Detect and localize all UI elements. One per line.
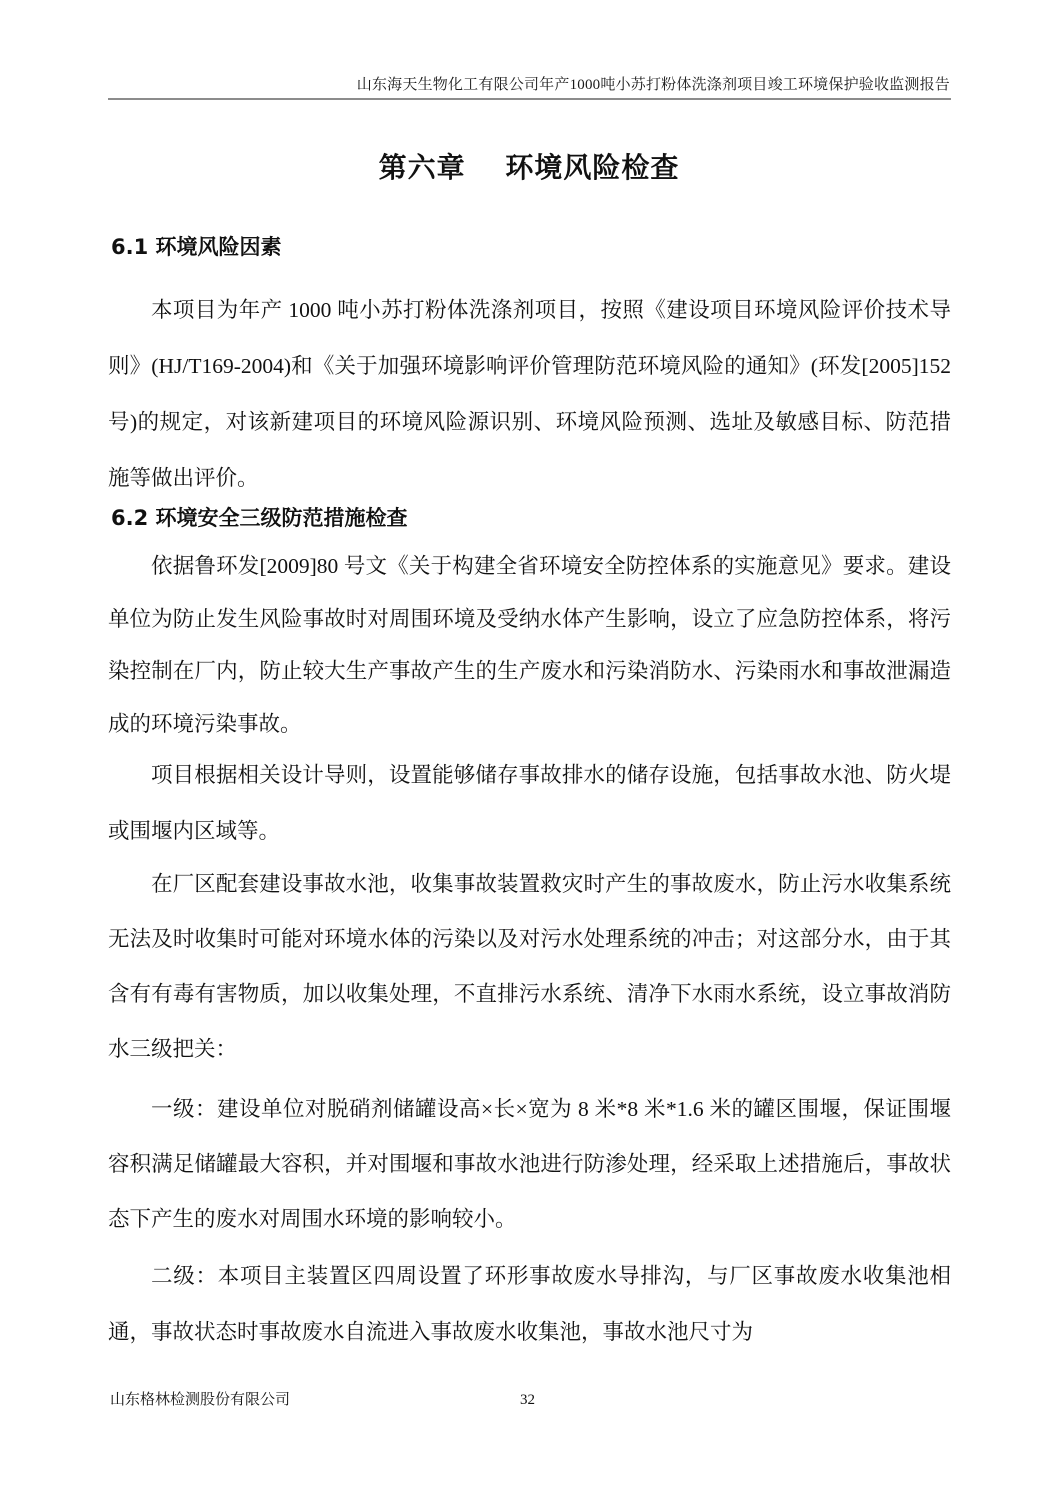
footer-company: 山东格林检测股份有限公司 bbox=[110, 1390, 290, 1410]
chapter-title: 第六章 环境风险检查 bbox=[108, 150, 950, 186]
paragraph-storage-facilities: 项目根据相关设计导则，设置能够储存事故排水的储存设施，包括事故水池、防火堤或围堰… bbox=[108, 747, 951, 859]
section-heading-6-2: 6.2 环境安全三级防范措施检查 bbox=[111, 504, 408, 532]
header-divider bbox=[108, 98, 951, 100]
page-number: 32 bbox=[520, 1390, 535, 1410]
paragraph-6-1-intro: 本项目为年产 1000 吨小苏打粉体洗涤剂项目，按照《建设项目环境风险评价技术导… bbox=[108, 282, 951, 506]
section-heading-6-1: 6.1 环境风险因素 bbox=[111, 233, 282, 261]
paragraph-6-2-basis: 依据鲁环发[2009]80 号文《关于构建全省环境安全防控体系的实施意见》要求。… bbox=[108, 540, 951, 750]
paragraph-level-two: 二级：本项目主装置区四周设置了环形事故废水导排沟，与厂区事故废水收集池相通，事故… bbox=[108, 1248, 951, 1360]
paragraph-level-one: 一级：建设单位对脱硝剂储罐设高×长×宽为 8 米*8 米*1.6 米的罐区围堰，… bbox=[108, 1082, 951, 1247]
paragraph-accident-pool: 在厂区配套建设事故水池，收集事故装置救灾时产生的事故废水，防止污水收集系统无法及… bbox=[108, 857, 951, 1077]
running-header: 山东海天生物化工有限公司年产1000吨小苏打粉体洗涤剂项目竣工环境保护验收监测报… bbox=[108, 74, 950, 96]
